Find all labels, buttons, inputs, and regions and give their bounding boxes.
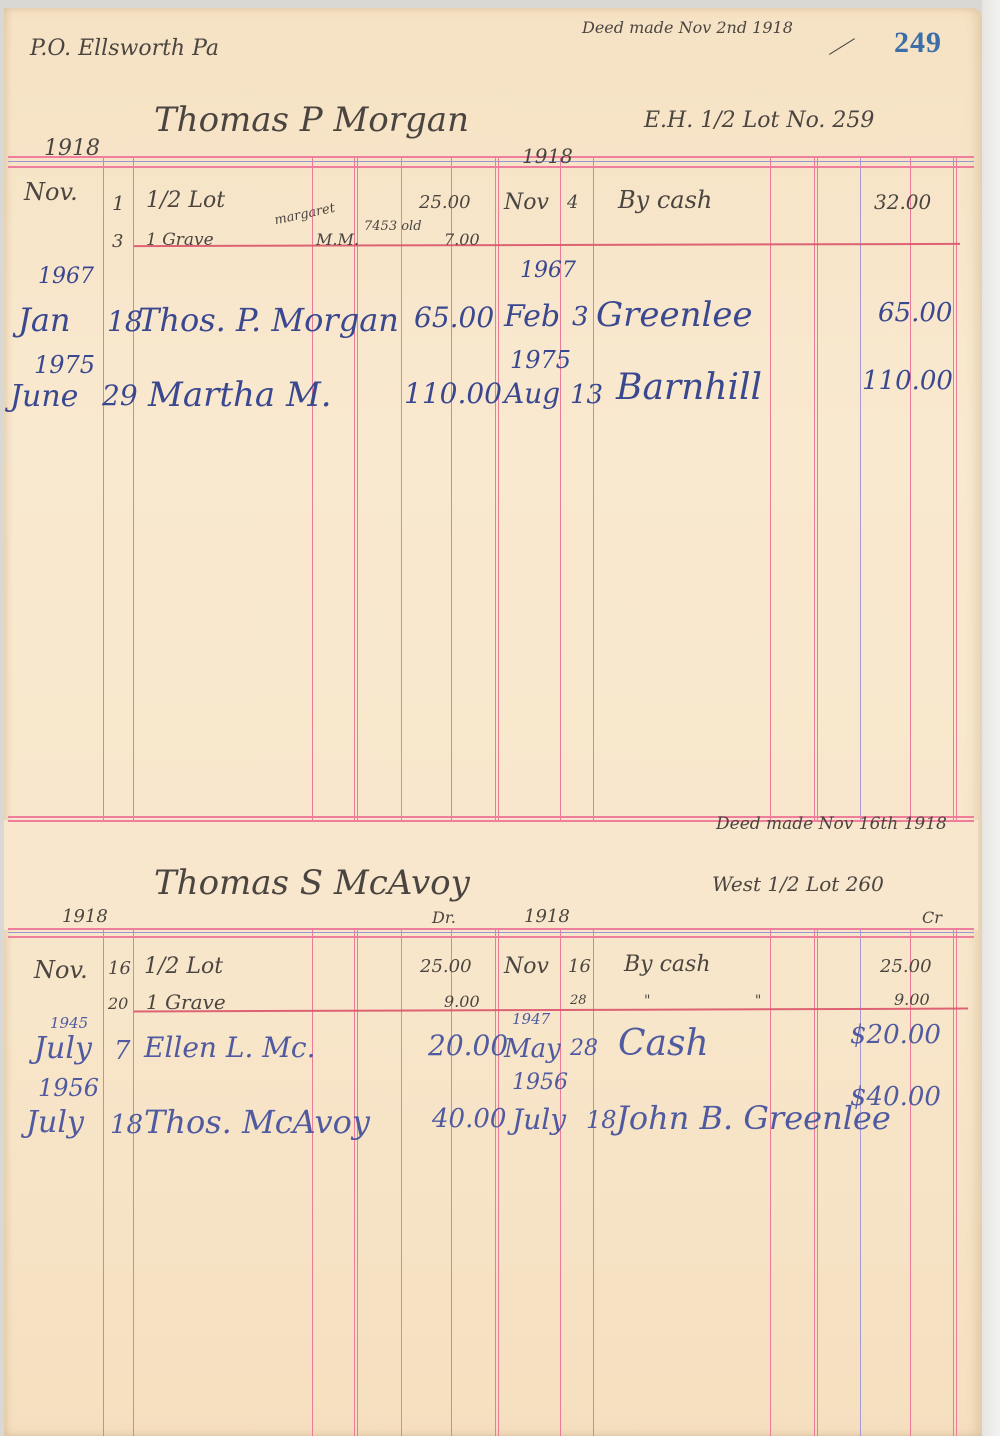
column-rule [956, 156, 957, 1436]
debit-amount: 40.00 [432, 1106, 506, 1132]
column-rule [953, 156, 954, 1436]
credit-month: Feb [504, 302, 560, 332]
credit-day: 28 [570, 994, 587, 1007]
credit-description: Barnhill [616, 370, 762, 406]
debit-amount: 25.00 [420, 958, 472, 976]
debit-day: 29 [102, 382, 138, 410]
page-number: 249 [894, 26, 942, 60]
credit-month: Nov [504, 192, 549, 214]
column-rule [498, 156, 499, 1436]
debit-year: 1967 [38, 266, 94, 288]
credit-day: 28 [570, 1038, 598, 1060]
column-rule [817, 156, 818, 1436]
total-line [134, 243, 960, 247]
header-rule [8, 166, 974, 168]
column-rule [495, 156, 496, 1436]
debit-day: 3 [112, 233, 123, 251]
column-rule [451, 156, 452, 1436]
account-name: Thomas S McAvoy [154, 866, 470, 900]
debit-month: Jan [18, 304, 71, 336]
header-rule [8, 156, 974, 158]
credit-year: 1918 [522, 146, 573, 166]
ledger-page: P.O. Ellsworth Pa Deed made Nov 2nd 1918… [4, 8, 982, 1436]
debit-month: July [26, 1108, 84, 1138]
grave-annotation: margaret [273, 202, 336, 228]
column-rule [910, 156, 911, 1436]
debit-amount: 110.00 [404, 380, 502, 408]
debit-month: Nov. [34, 958, 88, 982]
credit-label: Cr [922, 910, 942, 926]
debit-day: 20 [108, 996, 128, 1012]
credit-amount: 65.00 [878, 300, 952, 326]
column-rule [103, 156, 104, 1436]
credit-description: Greenlee [596, 298, 753, 332]
debit-year: 1956 [38, 1076, 99, 1100]
debit-year: 1975 [34, 353, 95, 377]
credit-description: By cash [624, 954, 711, 976]
book-edge [982, 0, 1000, 1436]
header-rule [8, 932, 974, 933]
credit-amount: $20.00 [850, 1022, 941, 1048]
debit-amount: 9.00 [444, 994, 480, 1010]
debit-description: 1 Grave [146, 992, 226, 1012]
debit-month: June [10, 382, 78, 412]
credit-day: 13 [570, 382, 603, 408]
column-rule [357, 156, 358, 1436]
credit-year: 1918 [524, 908, 570, 926]
header-rule [8, 928, 974, 930]
credit-day: 16 [568, 958, 591, 976]
lot-description: E.H. 1/2 Lot No. 259 [644, 110, 874, 132]
debit-description: Thos. P. Morgan [138, 304, 399, 336]
credit-year: 1975 [510, 348, 571, 372]
credit-month: May [504, 1036, 561, 1062]
grave-note: M.M. [316, 232, 359, 248]
credit-year: 1956 [512, 1072, 568, 1094]
credit-description: " " [644, 994, 811, 1008]
debit-day: 1 [112, 193, 125, 213]
column-rule [133, 156, 134, 1436]
debit-amount: 25.00 [419, 194, 471, 212]
credit-month: July [512, 1106, 566, 1134]
debit-month: July [34, 1034, 92, 1064]
debit-day: 16 [108, 960, 131, 978]
debit-description: Martha M. [148, 378, 332, 412]
credit-day: 3 [572, 304, 589, 330]
debit-description: 1 Grave [146, 232, 214, 249]
postal-note: P.O. Ellsworth Pa [30, 38, 219, 60]
column-rule [593, 156, 594, 1436]
credit-month: Nov [504, 956, 549, 978]
credit-amount: $40.00 [850, 1084, 941, 1110]
credit-day: 18 [586, 1108, 617, 1132]
debit-year: 1918 [62, 908, 108, 926]
deed-note: Deed made Nov 16th 1918 [716, 816, 947, 833]
debit-day: 18 [110, 1112, 143, 1138]
credit-amount: 110.00 [862, 368, 953, 394]
debit-description: 1/2 Lot [144, 956, 223, 978]
debit-month: Nov. [24, 180, 78, 204]
column-rule [770, 156, 771, 1436]
credit-amount: 32.00 [874, 192, 931, 212]
column-rule [814, 156, 815, 1436]
debit-description: 1/2 Lot [146, 190, 225, 212]
credit-description: Cash [618, 1026, 709, 1062]
column-rule [401, 156, 402, 1436]
pencil-tick [829, 38, 855, 55]
lot-description: West 1/2 Lot 260 [712, 874, 884, 894]
debit-description: Thos. McAvoy [144, 1106, 370, 1138]
debit-amount: 20.00 [428, 1032, 508, 1060]
header-rule [8, 936, 974, 938]
credit-description: By cash [618, 188, 712, 212]
debit-year: 1945 [50, 1016, 88, 1031]
debit-day: 7 [114, 1038, 131, 1064]
credit-year: 1947 [512, 1012, 550, 1027]
debit-amount: 65.00 [414, 304, 494, 332]
column-rule [354, 156, 355, 1436]
column-rule [860, 156, 861, 1436]
deed-note: Deed made Nov 2nd 1918 [582, 20, 793, 36]
debit-year: 1918 [44, 138, 100, 160]
total-line [134, 1008, 968, 1013]
credit-amount: 9.00 [894, 992, 930, 1008]
account-name: Thomas P Morgan [154, 103, 469, 137]
debit-description: Ellen L. Mc. [144, 1034, 316, 1062]
header-rule [8, 161, 974, 162]
credit-day: 4 [567, 194, 578, 212]
debit-amount: 7.00 [444, 232, 480, 248]
debit-label: Dr. [432, 910, 456, 926]
credit-year: 1967 [520, 260, 576, 282]
column-rule [312, 156, 313, 1436]
grave-note-2: 7453 old [364, 220, 422, 233]
credit-amount: 25.00 [880, 958, 932, 976]
credit-month: Aug [504, 380, 560, 408]
